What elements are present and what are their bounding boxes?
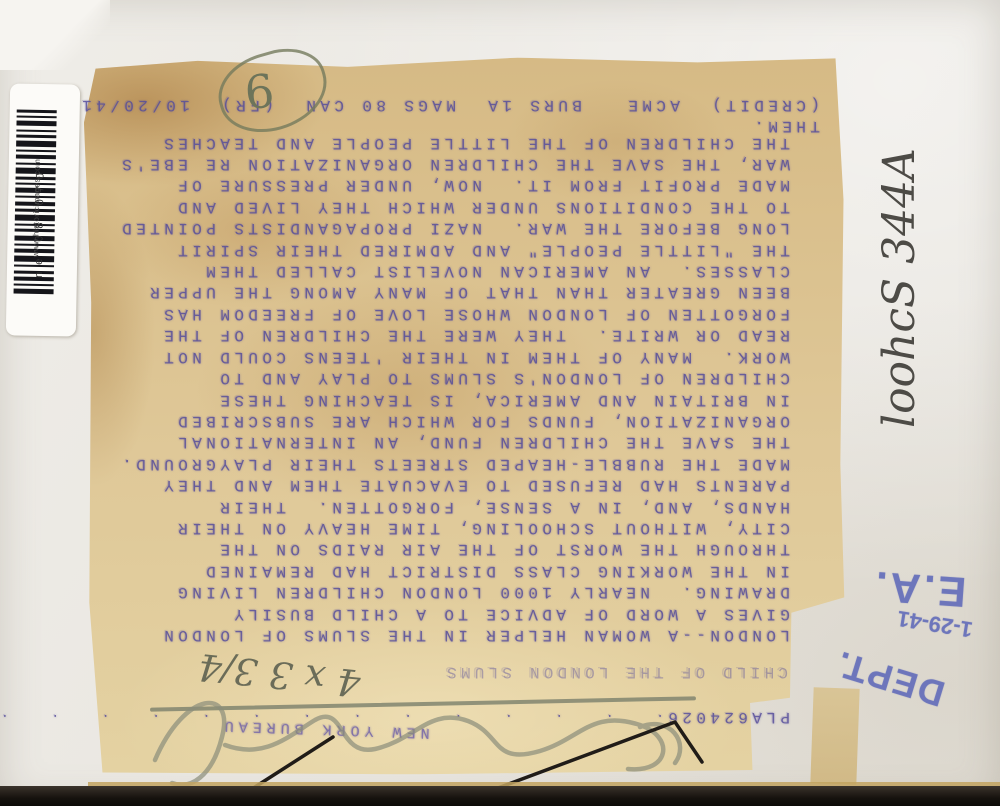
- tape-fragment: [810, 687, 859, 785]
- caption-line: HANDS, AND, IN A SENSE, FORGOTTEN. THEIR: [100, 495, 790, 516]
- caption-line: DRAWING. NEARLY 1000 LONDON CHILDREN LIV…: [100, 581, 790, 602]
- press-photo-verso: (CREDIT) ACME BURS 1A MAGS 80 CAN (FR) 1…: [0, 0, 1000, 806]
- caption-line: PARENTS HAD REFUSED TO EVACUATE THEM AND…: [100, 474, 790, 495]
- typed-caption-body: LONDON--A WOMAN HELPER IN THE SLUMS OF L…: [100, 131, 790, 645]
- caption-line: BEEN GREATER THAN THAT OF MANY AMONG THE…: [100, 281, 790, 302]
- caption-line: WAR, THE SAVE THE CHILDREN ORGANIZATION …: [100, 153, 790, 174]
- caption-line: TO THE CONDITIONS UNDER WHICH THEY LIVED…: [100, 195, 790, 216]
- caption-line: ORGANIZATION, FUNDS FOR WHICH ARE SUBSCR…: [100, 410, 790, 431]
- circled-number-value: 6: [242, 63, 277, 120]
- torn-corner: [0, 0, 110, 70]
- caption-line: WORK. MANY OF THEM IN THEIR 'TEENS COULD…: [100, 345, 790, 366]
- caption-line: CLASSES. AN AMERICAN NOVELIST CALLED THE…: [100, 260, 790, 281]
- handwritten-file-number: A443 School: [874, 82, 936, 428]
- caption-line: LONG BEFORE THE WAR. NAZI PROPAGANDISTS …: [100, 217, 790, 238]
- caption-line: CITY, WITHOUT SCHOOLING, TIME HEAVY ON T…: [100, 517, 790, 538]
- caption-line: THROUGH THE WORST OF THE AIR RAIDS ON TH…: [100, 538, 790, 559]
- caption-line: GIVES A WORD OF ADVICE TO A CHILD BUSILY: [100, 602, 790, 623]
- caption-line: IN BRITAIN AND AMERICA, IS TEACHING THES…: [100, 388, 790, 409]
- caption-line: CHILDREN OF LONDON'S SLUMS TO PLAY AND T…: [100, 367, 790, 388]
- caption-line: MADE PROFIT FROM IT. NOW, UNDER PRESSURE…: [100, 174, 790, 195]
- caption-line: THE "LITTLE PEOPLE" AND ADMIRED THEIR SP…: [100, 238, 790, 259]
- caption-line: FORGOTTEN OF LONDON WHOSE LOVE OF FREEDO…: [100, 303, 790, 324]
- caption-line: READ OR WRITE. THEY WERE THE CHILDREN OF…: [100, 324, 790, 345]
- caption-line: MADE THE RUBBLE-HEAPED STREETS THEIR PLA…: [100, 452, 790, 473]
- caption-line: THE SAVE THE CHILDREN FUND, AN INTERNATI…: [100, 431, 790, 452]
- caption-line: THE CHILDREN OF THE LITTLE PEOPLE AND TE…: [100, 131, 790, 152]
- barcode-sticker: ne 08 070 www.historicimages.com: [6, 83, 80, 336]
- photo-bottom-edge: [0, 786, 1000, 806]
- caption-line: IN THE WORKING CLASS DISTRICT HAD REMAIN…: [100, 559, 790, 580]
